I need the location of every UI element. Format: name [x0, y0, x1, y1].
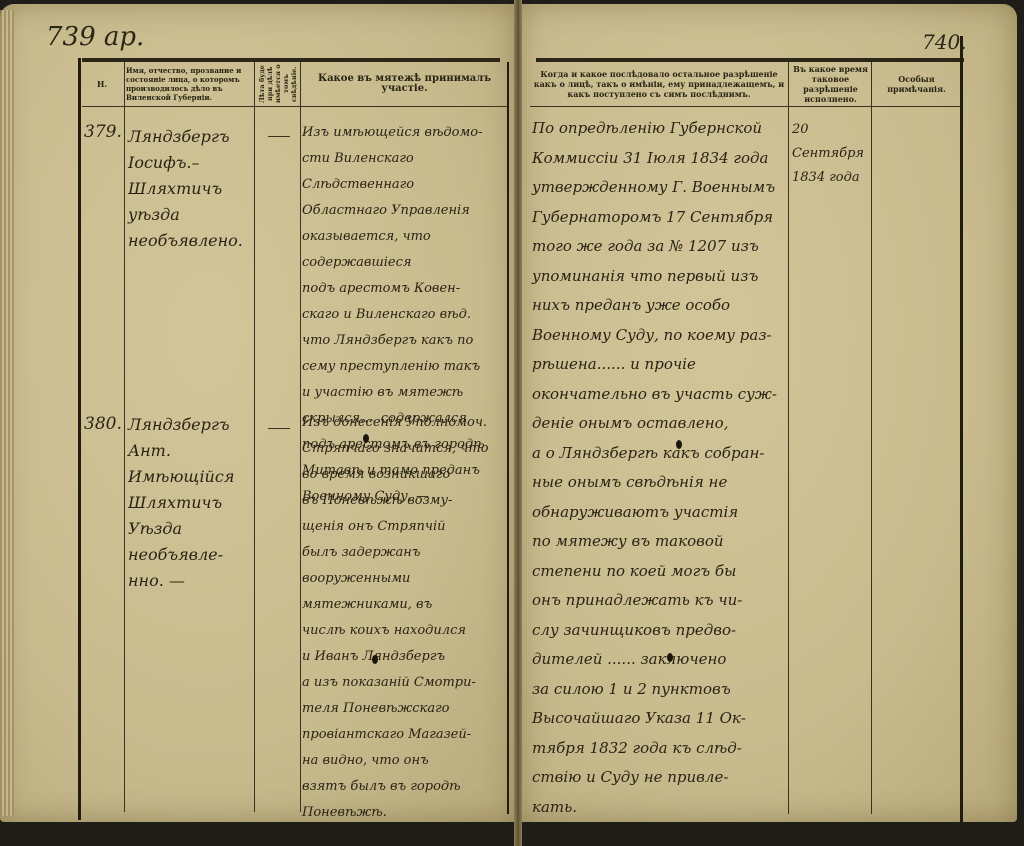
col-divider-3 [300, 62, 301, 812]
header-name: Имя, отчество, прозвание и состояніе лиц… [126, 62, 254, 106]
col-divider-4 [788, 62, 789, 814]
row-379-number: 379. [84, 118, 122, 148]
left-inner-border [507, 62, 509, 814]
header-notes: Особыя примѣчанія. [873, 62, 960, 106]
binding-hole [676, 440, 682, 449]
header-execution-date: Въ какое время таковое разрѣшеніе исполн… [790, 62, 871, 106]
row-379-execution-date: 20 Сентября 1834 года [792, 118, 872, 190]
left-outer-border [78, 58, 81, 820]
col-divider-1 [124, 62, 125, 812]
page-edges [0, 10, 14, 816]
header-age: Лѣта буде при дѣлѣ имѣется о томъ свѣдѣн… [256, 62, 300, 106]
row-380-age-dash [268, 428, 290, 429]
open-register-book: 739 ар. 740. Н. Имя, отчество, прозвание… [0, 0, 1024, 846]
row-380-name: Ляндзбергъ Ант. Имѣющійся Шляхтичъ Уѣзда… [128, 412, 252, 594]
header-bottom-line-right [530, 106, 960, 107]
binding-hole [363, 434, 369, 443]
row-379-age-dash [268, 136, 290, 137]
row-380-participation: Изъ донесенія Уполномоч. Стряпчаго значи… [302, 410, 507, 826]
row-379-name: Ляндзбергъ Іосифъ.– Шляхтичъ уѣзда необъ… [128, 124, 252, 254]
row-380-number: 380. [84, 410, 122, 440]
binding-hole [372, 655, 378, 664]
header-bottom-line-left [82, 106, 507, 107]
header-number: Н. [80, 62, 124, 106]
header-resolution: Когда и какое послѣдовало остальное разр… [530, 62, 788, 106]
left-page-number: 739 ар. [46, 22, 144, 52]
col-divider-2 [254, 62, 255, 812]
book-spine [514, 0, 522, 846]
row-379-resolution: По опредѣленію Губернской Коммиссіи 31 І… [532, 114, 787, 822]
binding-hole [667, 653, 673, 662]
header-participation: Какое въ мятежѣ принималъ участіе. [302, 62, 507, 106]
right-outer-border [960, 36, 963, 836]
